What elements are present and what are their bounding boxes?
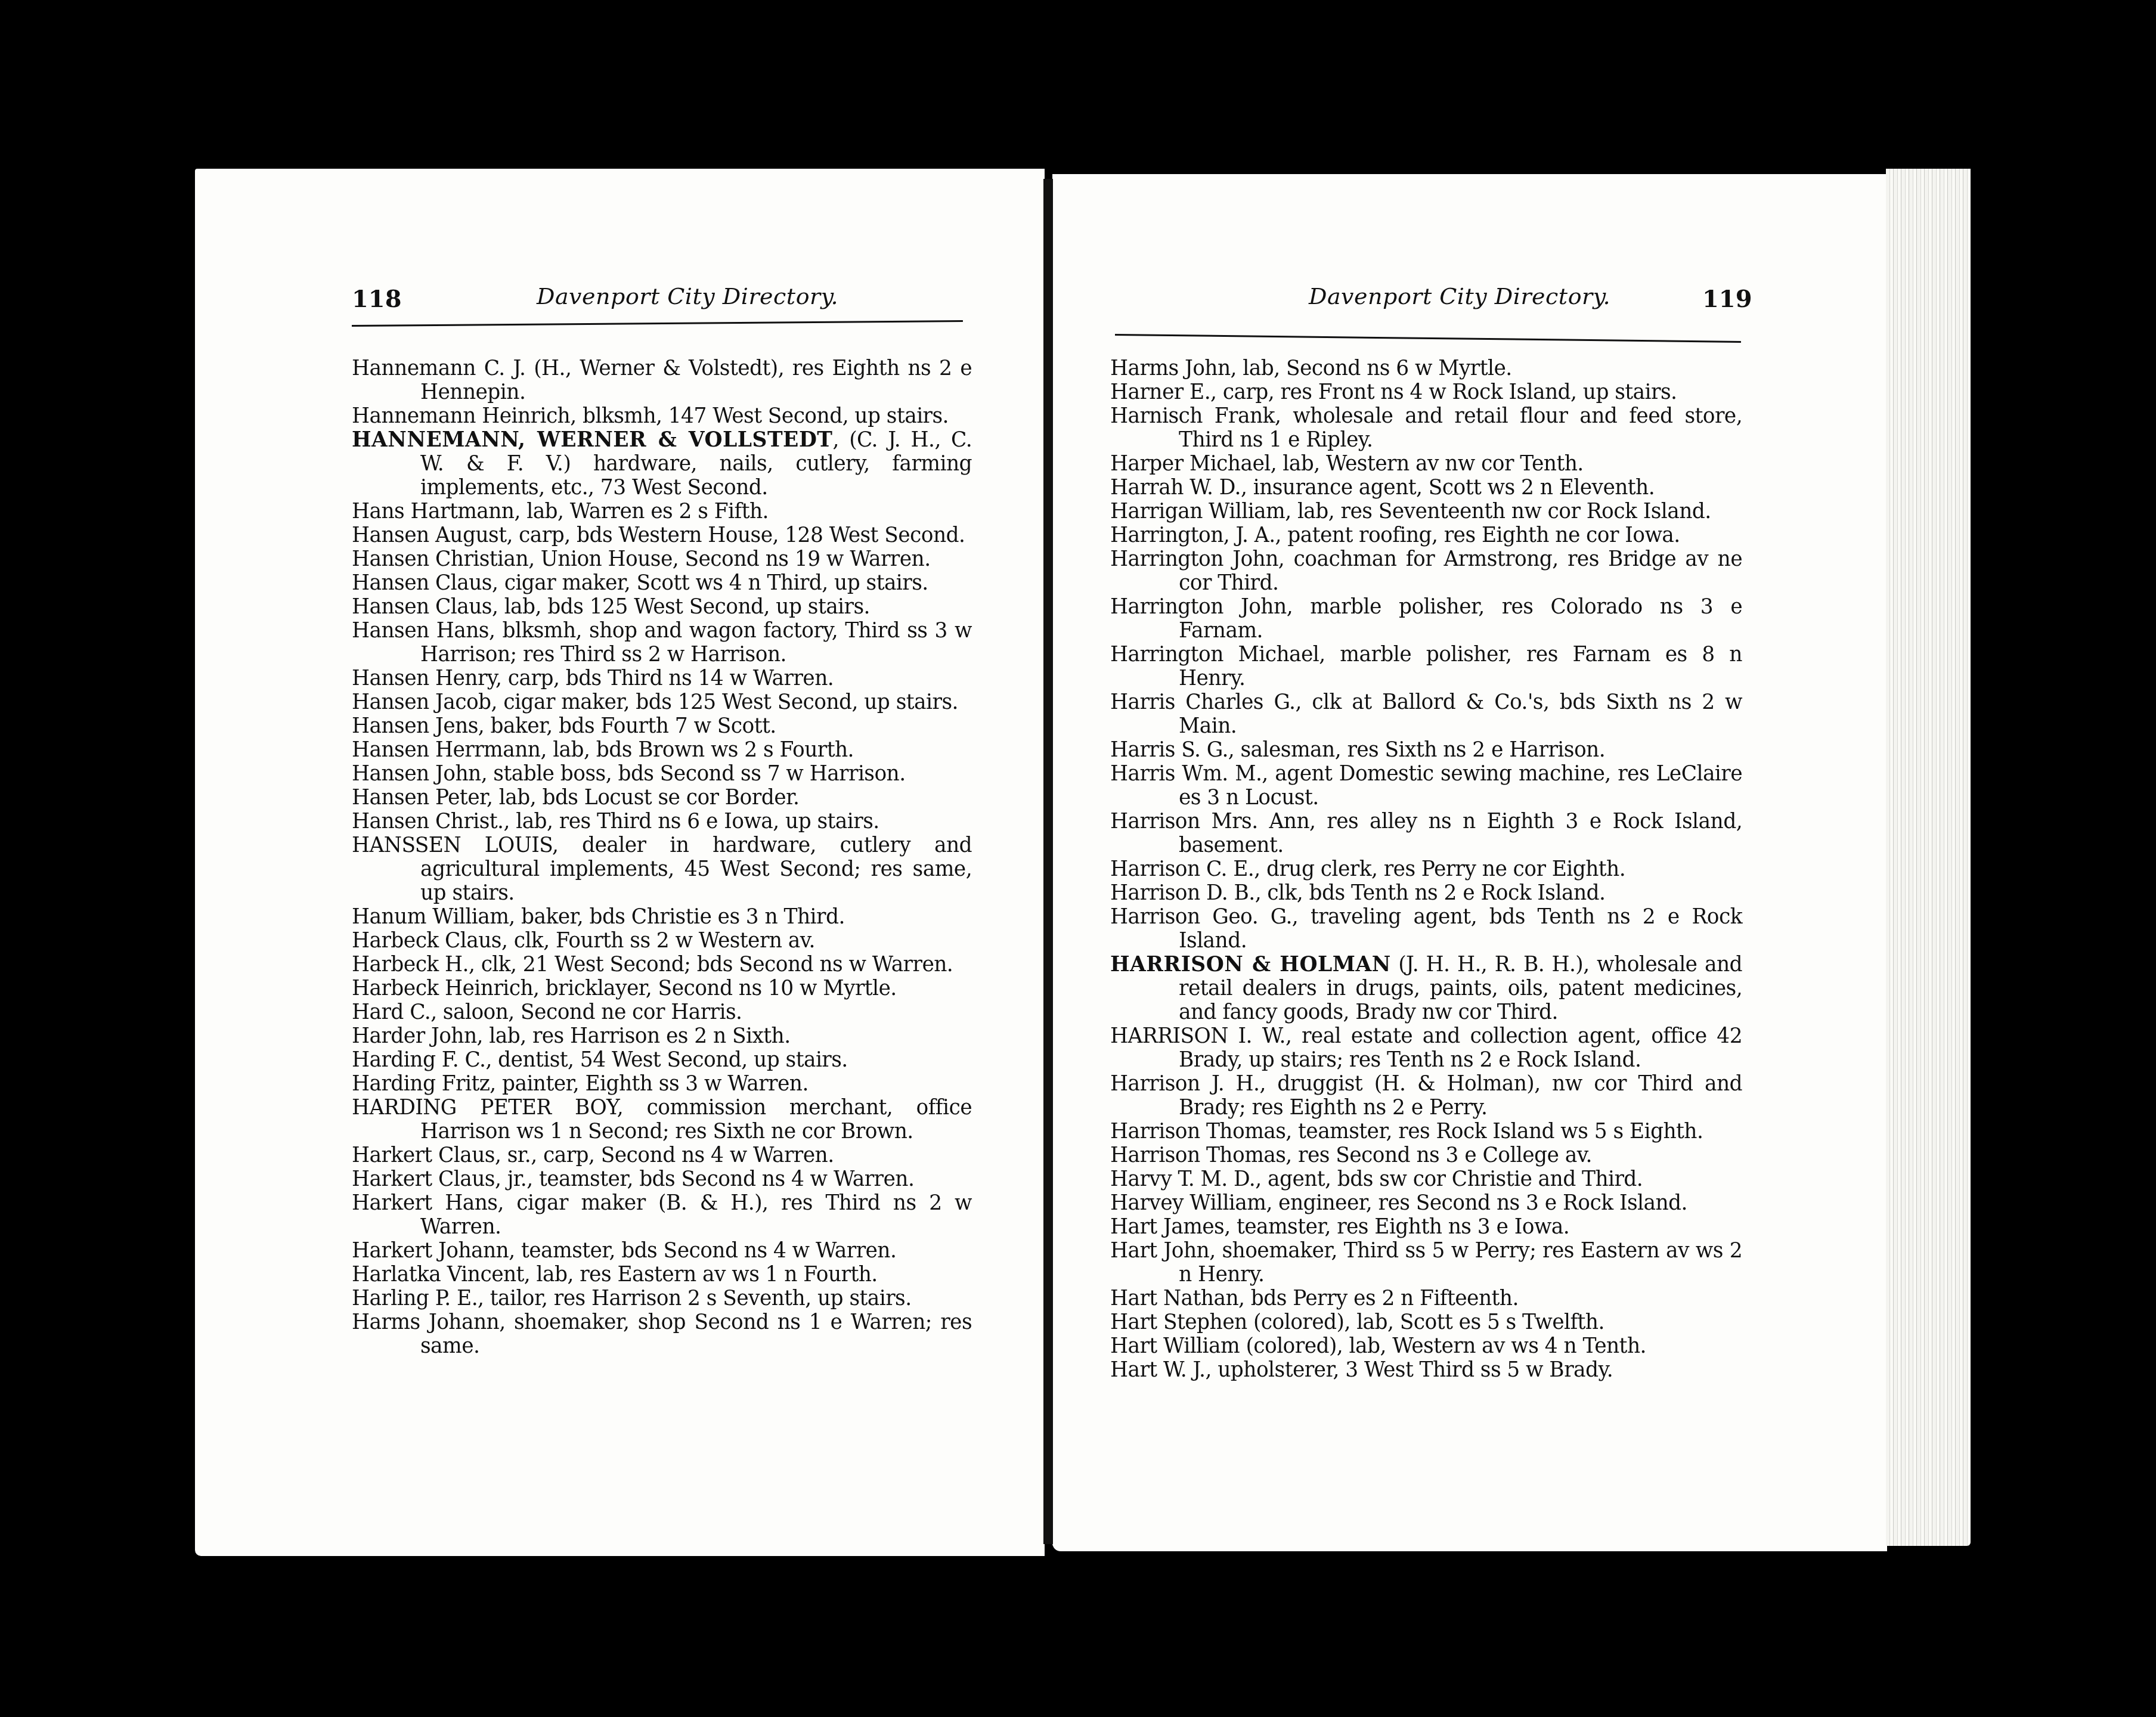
directory-entry: Harrington John, coachman for Armstrong,… [1110, 547, 1742, 595]
directory-entry: Harrison Thomas, res Second ns 3 e Colle… [1110, 1143, 1742, 1167]
entry-name: Hannemann Heinrich [352, 404, 570, 428]
directory-entry: Hansen Henry, carp, bds Third ns 14 w Wa… [352, 667, 972, 690]
entry-details: , baker, bds Christie es 3 n Third. [509, 905, 845, 929]
directory-entry: Hart Nathan, bds Perry es 2 n Fifteenth. [1110, 1287, 1742, 1310]
directory-entry: Hansen Christ., lab, res Third ns 6 e Io… [352, 810, 972, 833]
entry-details: , teamster, bds Second ns 4 w Warren. [509, 1239, 896, 1263]
entry-details: , lab, res Harrison es 2 n Sixth. [477, 1024, 791, 1048]
entry-details: , patent roofing, res Eighth ne cor Iowa… [1275, 523, 1680, 547]
entry-details: , lab, Western av nw cor Tenth. [1271, 452, 1584, 476]
entry-name: Hansen Jacob [352, 690, 491, 714]
entry-name: Harvey William [1110, 1191, 1266, 1215]
entry-name: Harnisch Frank [1110, 404, 1275, 428]
entry-details: , shoemaker, Third ss 5 w Perry; res Eas… [1179, 1239, 1742, 1287]
entry-name: HARDING PETER BOY [352, 1096, 617, 1120]
directory-entry: Harding Fritz, painter, Eighth ss 3 w Wa… [352, 1072, 972, 1096]
directory-entry: Hard C., saloon, Second ne cor Harris. [352, 1000, 972, 1024]
book-page-edges [1886, 169, 1971, 1546]
directory-entry: Hansen Peter, lab, bds Locust se cor Bor… [352, 786, 972, 810]
entry-details: , lab, bds Locust se cor Border. [487, 786, 799, 810]
entry-details: , tailor, res Harrison 2 s Seventh, up s… [478, 1287, 912, 1310]
entry-name: Harling P. E. [352, 1287, 478, 1310]
entry-name: Harding Fritz [352, 1072, 490, 1096]
directory-entry: HANNEMANN, WERNER & VOLLSTEDT, (C. J. H.… [352, 428, 972, 500]
directory-entry: Harvy T. M. D., agent, bds sw cor Christ… [1110, 1167, 1742, 1191]
entry-details: , teamster, res Rock Island ws 5 s Eight… [1285, 1120, 1703, 1143]
directory-entry: Harrison Geo. G., traveling agent, bds T… [1110, 905, 1742, 953]
entry-details: , lab, bds Brown ws 2 s Fourth. [540, 738, 854, 762]
entry-details: , clk, 21 West Second; bds Second ns w W… [469, 953, 953, 977]
directory-entry: Harris Charles G., clk at Ballord & Co.'… [1110, 690, 1742, 738]
directory-entry: Hansen Hans, blksmh, shop and wagon fact… [352, 619, 972, 667]
directory-entry: Harling P. E., tailor, res Harrison 2 s … [352, 1287, 972, 1310]
entry-name: Hart Stephen [1110, 1310, 1247, 1334]
entry-details: , clk, bds Tenth ns 2 e Rock Island. [1255, 881, 1606, 905]
entry-name: Harner E. [1110, 380, 1210, 404]
entry-name: Harlatka Vincent [352, 1263, 524, 1287]
entry-details: , bds Perry es 2 n Fifteenth. [1238, 1287, 1519, 1310]
entry-details: , lab, res Third ns 6 e Iowa, up stairs. [503, 810, 879, 833]
entry-name: Harrah W. D. [1110, 476, 1241, 500]
directory-entry: Harms John, lab, Second ns 6 w Myrtle. [1110, 357, 1742, 380]
directory-entry: HARRISON I. W., real estate and collecti… [1110, 1024, 1742, 1072]
directory-entry: Hanum William, baker, bds Christie es 3 … [352, 905, 972, 929]
entry-name: Hans Hartmann [352, 500, 514, 523]
entry-details: , painter, Eighth ss 3 w Warren. [490, 1072, 808, 1096]
entry-name: Harris Wm. M. [1110, 762, 1262, 786]
entry-name: HARRISON & HOLMAN [1110, 953, 1391, 977]
entry-name: HANSSEN LOUIS [352, 833, 552, 857]
directory-entry: Hart James, teamster, res Eighth ns 3 e … [1110, 1215, 1742, 1239]
entry-name: Harder John [352, 1024, 477, 1048]
entry-name: Harkert Johann [352, 1239, 509, 1263]
directory-entry: Harrison Mrs. Ann, res alley ns n Eighth… [1110, 810, 1742, 857]
entry-name: Harbeck Heinrich [352, 977, 533, 1000]
directory-entry: Hansen John, stable boss, bds Second ss … [352, 762, 972, 786]
directory-entry: Hansen Claus, lab, bds 125 West Second, … [352, 595, 972, 619]
entry-name: Hart W. J. [1110, 1358, 1205, 1382]
entry-name: Harrison J. H. [1110, 1072, 1259, 1096]
directory-entry: Harkert Claus, jr., teamster, bds Second… [352, 1167, 972, 1191]
directory-entry: Hansen Claus, cigar maker, Scott ws 4 n … [352, 571, 972, 595]
directory-entry: Hans Hartmann, lab, Warren es 2 s Fifth. [352, 500, 972, 523]
entry-name: Harvy T. M. D. [1110, 1167, 1255, 1191]
entry-details: , cigar maker, bds 125 West Second, up s… [491, 690, 958, 714]
entry-name: HARRISON I. W. [1110, 1024, 1285, 1048]
directory-entry: Harvey William, engineer, res Second ns … [1110, 1191, 1742, 1215]
directory-entry: Harris Wm. M., agent Domestic sewing mac… [1110, 762, 1742, 810]
entry-name: Hart James [1110, 1215, 1224, 1239]
entry-details: , clk, Fourth ss 2 w Western av. [501, 929, 815, 953]
entry-name: Harding F. C. [352, 1048, 485, 1072]
entry-details: , insurance agent, Scott ws 2 n Eleventh… [1241, 476, 1655, 500]
entry-details: , agent, bds sw cor Christie and Third. [1255, 1167, 1643, 1191]
directory-entry: Harrison Thomas, teamster, res Rock Isla… [1110, 1120, 1742, 1143]
entry-details: , carp, Second ns 4 w Warren. [531, 1143, 834, 1167]
entry-details: , upholsterer, 3 West Third ss 5 w Brady… [1205, 1358, 1613, 1382]
entry-name: Harrison Mrs. Ann [1110, 810, 1309, 833]
entry-name: Harrington, J. A. [1110, 523, 1275, 547]
entry-name: Harkert Claus, jr. [352, 1167, 526, 1191]
entry-name: Harris Charles G. [1110, 690, 1295, 714]
entry-details: , cigar maker, Scott ws 4 n Third, up st… [492, 571, 928, 595]
right-page-number: 119 [1702, 285, 1752, 313]
directory-entry: Harrington John, marble polisher, res Co… [1110, 595, 1742, 643]
entry-details: , druggist (H. & Holman), nw cor Third a… [1179, 1072, 1742, 1120]
entry-name: Harrington Michael [1110, 643, 1319, 667]
entry-details: , salesman, res Sixth ns 2 e Harrison. [1228, 738, 1605, 762]
directory-entry: Harding F. C., dentist, 54 West Second, … [352, 1048, 972, 1072]
entry-name: Harris S. G. [1110, 738, 1228, 762]
directory-entry: Hart Stephen (colored), lab, Scott es 5 … [1110, 1310, 1742, 1334]
entry-details: , shoemaker, shop Second ns 1 e Warren; … [420, 1310, 972, 1358]
entry-name: Hansen Hans [352, 619, 489, 643]
entry-details: , saloon, Second ne cor Harris. [430, 1000, 742, 1024]
book-gutter [1043, 179, 1053, 1544]
directory-entry: Hannemann C. J. (H., Werner & Volstedt),… [352, 357, 972, 404]
entry-details: , cigar maker (B. & H.), res Third ns 2 … [420, 1191, 972, 1239]
entry-name: Harrington John [1110, 547, 1278, 571]
directory-entry: Hart W. J., upholsterer, 3 West Third ss… [1110, 1358, 1742, 1382]
entry-name: Hansen Peter [352, 786, 487, 810]
entry-name: Hannemann C. J. [352, 357, 525, 380]
entry-details: , stable boss, bds Second ss 7 w Harriso… [481, 762, 906, 786]
entry-name: Hansen Herrmann [352, 738, 540, 762]
entry-name: Hansen Claus [352, 595, 492, 619]
entry-name: Hansen Christ. [352, 810, 503, 833]
directory-entry: Harbeck Claus, clk, Fourth ss 2 w Wester… [352, 929, 972, 953]
left-page-number: 118 [352, 285, 402, 313]
entry-details: , lab, res Seventeenth nw cor Rock Islan… [1285, 500, 1711, 523]
directory-entry: Harbeck Heinrich, bricklayer, Second ns … [352, 977, 972, 1000]
entry-details: , res Second ns 3 e College av. [1285, 1143, 1592, 1167]
entry-name: Hansen Christian [352, 547, 528, 571]
entry-name: Hansen Claus [352, 571, 492, 595]
entry-name: Harms Johann [352, 1310, 499, 1334]
right-running-title: Davenport City Directory. [1309, 283, 1610, 309]
directory-entry: Harrison C. E., drug clerk, res Perry ne… [1110, 857, 1742, 881]
entry-details: , bricklayer, Second ns 10 w Myrtle. [533, 977, 897, 1000]
entry-details: , baker, bds Fourth 7 w Scott. [478, 714, 776, 738]
entry-name: Harrison Thomas [1110, 1120, 1285, 1143]
entry-details: (colored), lab, Western av ws 4 n Tenth. [1240, 1334, 1646, 1358]
entry-name: Hanum William [352, 905, 509, 929]
directory-entry: Hart William (colored), lab, Western av … [1110, 1334, 1742, 1358]
entry-name: Harbeck Claus [352, 929, 501, 953]
entry-details: , lab, Second ns 6 w Myrtle. [1231, 357, 1512, 380]
directory-entry: Hansen Herrmann, lab, bds Brown ws 2 s F… [352, 738, 972, 762]
directory-entry: Harnisch Frank, wholesale and retail flo… [1110, 404, 1742, 452]
entry-details: , agent Domestic sewing machine, res LeC… [1179, 762, 1742, 810]
entry-name: Hansen Henry [352, 667, 495, 690]
directory-entry: Harrington, J. A., patent roofing, res E… [1110, 523, 1742, 547]
directory-entry: HANSSEN LOUIS, dealer in hardware, cutle… [352, 833, 972, 905]
left-running-title: Davenport City Directory. [537, 283, 838, 309]
entry-details: , carp, bds Third ns 14 w Warren. [495, 667, 834, 690]
directory-entry: Hansen Jacob, cigar maker, bds 125 West … [352, 690, 972, 714]
entry-details: , teamster, res Eighth ns 3 e Iowa. [1224, 1215, 1569, 1239]
directory-entry: Harrah W. D., insurance agent, Scott ws … [1110, 476, 1742, 500]
directory-entry: HARDING PETER BOY, commission merchant, … [352, 1096, 972, 1143]
entry-name: Harms John [1110, 357, 1231, 380]
entry-details: , dentist, 54 West Second, up stairs. [485, 1048, 847, 1072]
directory-entry: Harlatka Vincent, lab, res Eastern av ws… [352, 1263, 972, 1287]
directory-entry: HARRISON & HOLMAN (J. H. H., R. B. H.), … [1110, 953, 1742, 1024]
entry-name: Hansen August [352, 523, 506, 547]
entry-details: , drug clerk, res Perry ne cor Eighth. [1254, 857, 1625, 881]
entry-details: , blksmh, shop and wagon factory, Third … [420, 619, 972, 667]
entry-name: Hart John [1110, 1239, 1209, 1263]
left-directory-column: Hannemann C. J. (H., Werner & Volstedt),… [352, 357, 972, 1358]
entry-details: , blksmh, 147 West Second, up stairs. [570, 404, 949, 428]
directory-entry: Harrigan William, lab, res Seventeenth n… [1110, 500, 1742, 523]
entry-name: Hard C. [352, 1000, 430, 1024]
directory-entry: Harner E., carp, res Front ns 4 w Rock I… [1110, 380, 1742, 404]
directory-entry: Hansen Christian, Union House, Second ns… [352, 547, 972, 571]
entry-name: Harrison D. B. [1110, 881, 1255, 905]
entry-name: Hansen Jens [352, 714, 478, 738]
directory-entry: Harrison J. H., druggist (H. & Holman), … [1110, 1072, 1742, 1120]
directory-entry: Harris S. G., salesman, res Sixth ns 2 e… [1110, 738, 1742, 762]
directory-entry: Harder John, lab, res Harrison es 2 n Si… [352, 1024, 972, 1048]
directory-entry: Harbeck H., clk, 21 West Second; bds Sec… [352, 953, 972, 977]
entry-name: Harrison C. E. [1110, 857, 1254, 881]
entry-details: , teamster, bds Second ns 4 w Warren. [526, 1167, 914, 1191]
directory-entry: Harms Johann, shoemaker, shop Second ns … [352, 1310, 972, 1358]
entry-name: Harbeck H. [352, 953, 469, 977]
entry-details: , carp, res Front ns 4 w Rock Island, up… [1210, 380, 1677, 404]
directory-entry: Harkert Hans, cigar maker (B. & H.), res… [352, 1191, 972, 1239]
directory-entry: Harrison D. B., clk, bds Tenth ns 2 e Ro… [1110, 881, 1742, 905]
entry-details: , lab, res Eastern av ws 1 n Fourth. [524, 1263, 878, 1287]
entry-name: Harrison Geo. G. [1110, 905, 1292, 929]
entry-name: Hart William [1110, 1334, 1240, 1358]
directory-entry: Harper Michael, lab, Western av nw cor T… [1110, 452, 1742, 476]
entry-details: (colored), lab, Scott es 5 s Twelfth. [1247, 1310, 1604, 1334]
directory-entry: Harkert Johann, teamster, bds Second ns … [352, 1239, 972, 1263]
entry-name: Harrison Thomas [1110, 1143, 1285, 1167]
right-directory-column: Harms John, lab, Second ns 6 w Myrtle.Ha… [1110, 357, 1742, 1382]
entry-name: Harrigan William [1110, 500, 1285, 523]
directory-entry: Hannemann Heinrich, blksmh, 147 West Sec… [352, 404, 972, 428]
entry-name: Harkert Hans [352, 1191, 497, 1215]
directory-entry: Hart John, shoemaker, Third ss 5 w Perry… [1110, 1239, 1742, 1287]
entry-details: , lab, Warren es 2 s Fifth. [514, 500, 768, 523]
entry-details: , engineer, res Second ns 3 e Rock Islan… [1266, 1191, 1687, 1215]
entry-details: , carp, bds Western House, 128 West Seco… [506, 523, 965, 547]
directory-entry: Harrington Michael, marble polisher, res… [1110, 643, 1742, 690]
directory-entry: Hansen August, carp, bds Western House, … [352, 523, 972, 547]
entry-name: Harkert Claus, sr. [352, 1143, 531, 1167]
directory-entry: Harkert Claus, sr., carp, Second ns 4 w … [352, 1143, 972, 1167]
entry-name: Hansen John [352, 762, 481, 786]
entry-name: Harper Michael [1110, 452, 1271, 476]
entry-details: , lab, bds 125 West Second, up stairs. [492, 595, 870, 619]
entry-name: Harrington John [1110, 595, 1287, 619]
entry-name: HANNEMANN, WERNER & VOLLSTEDT [352, 428, 833, 452]
directory-entry: Hansen Jens, baker, bds Fourth 7 w Scott… [352, 714, 972, 738]
entry-details: , Union House, Second ns 19 w Warren. [528, 547, 930, 571]
entry-name: Hart Nathan [1110, 1287, 1238, 1310]
